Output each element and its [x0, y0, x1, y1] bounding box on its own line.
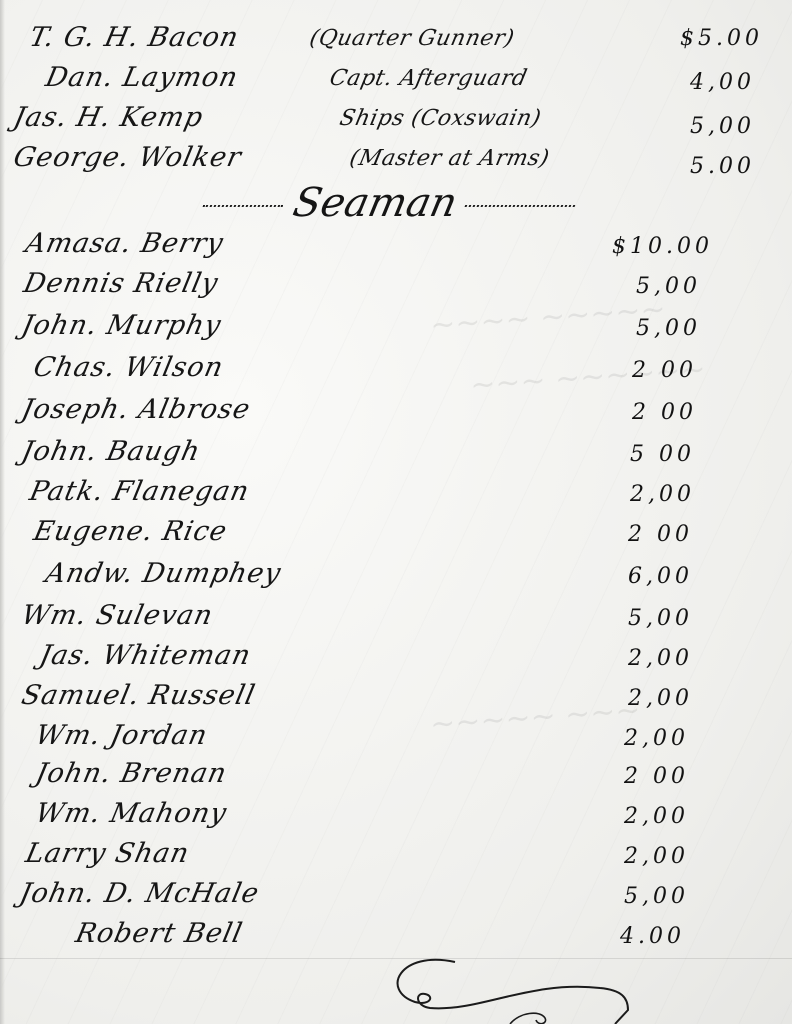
- pay-amount: 2 00: [624, 764, 689, 789]
- crew-name: John. Brenan: [33, 758, 230, 789]
- heading-flourish-right: [465, 199, 578, 207]
- section-heading: Seaman: [130, 178, 650, 228]
- pay-amount: 2,00: [624, 726, 689, 751]
- crew-name: Wm. Sulevan: [19, 600, 216, 631]
- decorative-flourish-icon: [360, 940, 660, 1024]
- roster-row-seaman: Wm. Sulevan 5,00: [0, 600, 792, 640]
- roster-row-seaman: Dennis Rielly 5,00: [0, 268, 792, 308]
- pay-amount: 5,00: [636, 316, 701, 341]
- pay-amount: 2,00: [628, 646, 693, 671]
- pay-amount: 5,00: [636, 274, 701, 299]
- crew-name: Robert Bell: [73, 918, 246, 949]
- crew-name: Joseph. Albrose: [19, 394, 254, 425]
- crew-name: Wm. Jordan: [33, 720, 211, 751]
- crew-name: Andw. Dumphey: [43, 558, 284, 589]
- crew-name: Wm. Mahony: [33, 798, 230, 829]
- roster-row-seaman: Chas. Wilson 2 00: [0, 352, 792, 392]
- roster-row-seaman: Wm. Jordan 2,00: [0, 720, 792, 760]
- pay-amount: 5,00: [624, 884, 689, 909]
- crew-name: Jas. Whiteman: [37, 640, 254, 671]
- pay-amount: 2,00: [630, 482, 695, 507]
- roster-row-seaman: Andw. Dumphey 6,00: [0, 558, 792, 598]
- roster-row-seaman: John. Brenan 2 00: [0, 758, 792, 798]
- pay-amount: 6,00: [628, 564, 693, 589]
- pay-amount: 5.00: [690, 154, 755, 179]
- crew-name: Patk. Flanegan: [27, 476, 253, 507]
- pay-amount: 2,00: [628, 686, 693, 711]
- pay-amount: 4,00: [690, 70, 755, 95]
- crew-role: (Quarter Gunner): [307, 26, 516, 51]
- crew-name: George. Wolker: [11, 142, 245, 173]
- crew-name: John. Baugh: [19, 436, 204, 467]
- pay-amount: 5,00: [690, 114, 755, 139]
- roster-row-officer: T. G. H. Bacon (Quarter Gunner) $5.00: [0, 22, 792, 62]
- roster-row-seaman: John. D. McHale 5,00: [0, 878, 792, 918]
- crew-name: Amasa. Berry: [23, 228, 227, 259]
- roster-row-seaman: Patk. Flanegan 2,00: [0, 476, 792, 516]
- pay-amount: 2 00: [632, 400, 697, 425]
- pay-amount: $10.00: [612, 234, 713, 259]
- crew-name: T. G. H. Bacon: [27, 22, 242, 53]
- section-heading-text: Seaman: [289, 180, 461, 226]
- roster-row-officer: George. Wolker (Master at Arms) 5.00: [0, 142, 792, 182]
- heading-flourish-left: [202, 199, 285, 207]
- pay-amount: 5,00: [628, 606, 693, 631]
- roster-row-seaman: John. Baugh 5 00: [0, 436, 792, 476]
- pay-amount: 2,00: [624, 844, 689, 869]
- crew-name: Dennis Rielly: [21, 268, 222, 299]
- crew-name: John. Murphy: [19, 310, 224, 341]
- crew-name: Chas. Wilson: [31, 352, 227, 383]
- crew-role: Capt. Afterguard: [327, 66, 529, 91]
- roster-row-seaman: Samuel. Russell 2,00: [0, 680, 792, 720]
- crew-name: Samuel. Russell: [19, 680, 259, 711]
- pay-amount: 2 00: [628, 522, 693, 547]
- crew-name: Dan. Laymon: [43, 62, 241, 93]
- roster-row-seaman: John. Murphy 5,00: [0, 310, 792, 350]
- pay-amount: 2,00: [624, 804, 689, 829]
- roster-row-seaman: Amasa. Berry $10.00: [0, 228, 792, 268]
- roster-row-seaman: Wm. Mahony 2,00: [0, 798, 792, 838]
- roster-row-seaman: Jas. Whiteman 2,00: [0, 640, 792, 680]
- pay-amount: $5.00: [680, 26, 763, 51]
- crew-role: (Master at Arms): [347, 146, 551, 171]
- roster-row-officer: Dan. Laymon Capt. Afterguard 4,00: [0, 62, 792, 102]
- pay-amount: 2 00: [632, 358, 697, 383]
- roster-row-seaman: Eugene. Rice 2 00: [0, 516, 792, 556]
- crew-name: Jas. H. Kemp: [11, 102, 207, 133]
- crew-name: Larry Shan: [23, 838, 193, 869]
- roster-row-seaman: Joseph. Albrose 2 00: [0, 394, 792, 434]
- roster-row-seaman: Larry Shan 2,00: [0, 838, 792, 878]
- crew-name: John. D. McHale: [17, 878, 262, 909]
- crew-role: Ships (Coxswain): [337, 106, 543, 131]
- roster-row-officer: Jas. H. Kemp Ships (Coxswain) 5,00: [0, 102, 792, 142]
- crew-name: Eugene. Rice: [31, 516, 231, 547]
- pay-amount: 5 00: [630, 442, 695, 467]
